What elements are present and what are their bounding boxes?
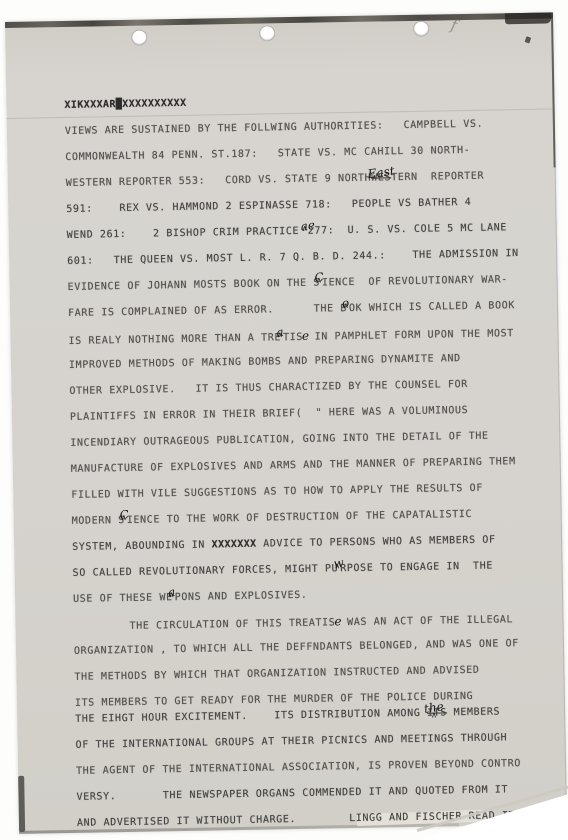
typed-text: PLAINTIFFS IN ERROR IN THEIR BRIEF( " HE…	[70, 405, 469, 423]
typed-text: IMPROVED METHODS OF MAKING BOMBS AND PRE…	[69, 353, 461, 371]
typed-text: PONS AND EXPLOSIVES.	[175, 590, 308, 603]
typed-text: 591: REX VS. HAMMOND 2 ESPINASSE 718: PE…	[66, 197, 471, 215]
typed-text: TIS	[283, 332, 303, 343]
typed-text: MODERN S	[72, 515, 125, 527]
typed-text: COMMONWEALTH 84 PENN. ST.187: STATE VS. …	[65, 145, 470, 163]
typed-text: ORGANIZATION , TO WHICH ALL THE DEFFNDAN…	[74, 638, 519, 657]
typed-text: WESTERN REPORTER 553: CORD VS. STATE 9 N…	[66, 173, 372, 189]
torn-top-edge	[5, 12, 553, 28]
typed-text: OTHER EXPLOSIVE. IT IS THUS CHARACTIZED …	[69, 379, 468, 397]
typed-text: USE OF THESE WE	[73, 592, 173, 605]
typed-text: WESEast	[371, 172, 391, 183]
typed-strikeout-text: XIKXXXAR	[64, 99, 116, 111]
punch-hole-right	[413, 21, 429, 37]
typed-text: IN PAMPHLET FORM UPON THE MOST	[308, 328, 514, 343]
typed-text: VERSY. THE NEWSPAPER ORGANS COMMENDED IT…	[76, 784, 508, 803]
typed-text: IENCE OF REVOLUTIONARY WAR-	[322, 274, 508, 288]
typed-text: THE EIHGT HOUR EXCITEMENT. ITS DISTRIBUT…	[75, 708, 427, 725]
typed-text: SYSTEM, ABOUNDING IN	[72, 539, 212, 552]
typed-text: ADVICE TO PERSONS WHO AS MEMBERS OF	[256, 535, 495, 550]
typed-text: FARE IS COMPLAINED OF AS ERROR. THE B	[68, 303, 347, 319]
typed-text: THE AGENT OF THE INTERNATIONAL ASSOCIATI…	[76, 758, 521, 777]
typed-text: MANUFACTURE OF EXPLOSIVES AND ARMS AND T…	[71, 456, 516, 475]
typed-text: MEMBERS	[447, 706, 500, 718]
typed-strikeout-text: XXXXXXXXXX	[122, 98, 186, 110]
scanned-page: f XIKXXXAR█XXXXXXXXXXVIEWS ARE SUSTAINED…	[5, 12, 567, 833]
typed-text: OF THE INTERNATIONAL GROUPS AT THEIR PIC…	[76, 732, 508, 751]
typed-text: RPOSE TO ENGAGE IN THE	[340, 561, 493, 575]
ink-blotch	[525, 36, 532, 43]
punch-hole-left	[131, 30, 147, 46]
typed-text: TERN REPORTER	[391, 171, 484, 184]
typed-text: IS REALY NOTHING MORE THAN A TRE	[68, 332, 281, 347]
typed-text-block: XIKXXXAR█XXXXXXXXXXVIEWS ARE SUSTAINED B…	[64, 85, 561, 837]
typed-text: INCENDIARY OUTRAGEOUS PUBLICATION, GOING…	[70, 431, 488, 449]
typed-text: SO CALLED REVOLUTIONARY FORCES, MIGHT PU	[73, 563, 339, 579]
paper-right-edge-dark	[551, 17, 556, 167]
typed-text: 277: U. S. VS. COLE 5 MC LANE	[308, 222, 507, 236]
typed-text: THE CIRCULATION OF THIS TREATIS	[129, 617, 335, 632]
typed-text: THE METHODS BY WHICH THAT ORGANIZATION I…	[74, 665, 479, 683]
typed-text: EVIDENCE OF JOHANN MOSTS BOOK ON THE S	[68, 278, 320, 293]
punch-hole-center	[259, 25, 275, 41]
typed-text: ITSthe∧	[427, 707, 447, 718]
torn-edge-blotch	[505, 12, 551, 24]
typed-text: IENCE TO THE WORK OF DESTRUCTION OF THE …	[127, 509, 472, 526]
scanned-document-viewport: f XIKXXXAR█XXXXXXXXXXVIEWS ARE SUSTAINED…	[0, 0, 568, 840]
typed-text: 601: THE QUEEN VS. MOST L. R. 7 Q. B. D.…	[67, 248, 519, 267]
typed-text: VIEWS ARE SUSTAINED BY THE FOLLWING AUTH…	[65, 119, 483, 137]
typed-text: FILLED WITH VILE SUGGESTIONS AS TO HOW T…	[71, 483, 483, 501]
typed-text: WAS AN ACT OF THE ILLEGAL	[340, 614, 513, 628]
typed-strikeout-text: XXXXXXX	[212, 539, 257, 551]
typed-text: OK WHICH IS CALLED A BOOK	[349, 300, 515, 314]
typed-text: WEND 261: 2 BISHOP CRIM PRACTICE	[67, 226, 306, 241]
left-edge-smudge	[18, 776, 25, 832]
